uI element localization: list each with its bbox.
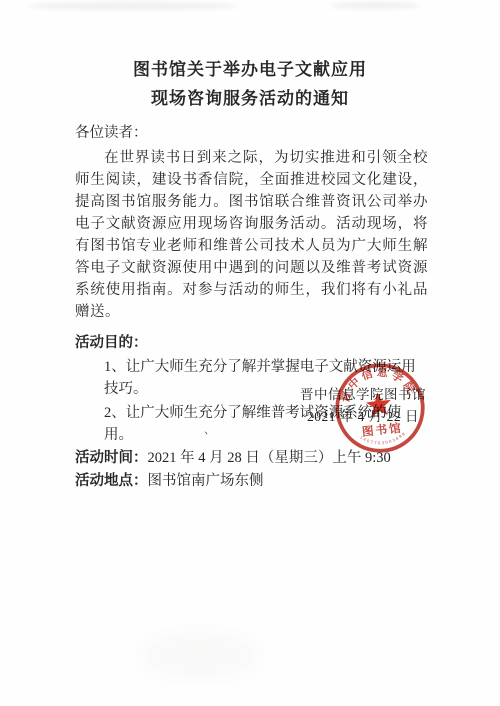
location-line: 活动地点：图书馆南广场东侧 [75,470,428,492]
scan-smudge [140,630,260,680]
body-paragraph: 在世界读书日到来之际，为切实推进和引领全校师生阅读，建设书香信院，全面推进校园文… [75,147,428,323]
official-seal: 晋中信息学院 图书馆 1407763003898 [333,361,427,455]
scan-smudge [330,2,420,9]
scanned-notice-page: 图书馆关于举办电子文献应用 现场咨询服务活动的通知 各位读者： 在世界读书日到来… [0,0,500,706]
location-label: 活动地点： [75,473,148,489]
scan-smudge [28,2,238,10]
title-line-2: 现场咨询服务活动的通知 [0,84,500,113]
purpose-heading: 活动目的： [75,332,428,354]
document-title: 图书馆关于举办电子文献应用 现场咨询服务活动的通知 [0,55,500,113]
seal-center-text: 图书馆 [361,421,403,439]
scan-artifact-mark: 、 [204,421,215,437]
title-line-1: 图书馆关于举办电子文献应用 [0,55,500,84]
schedule-label: 活动时间： [75,450,148,466]
seal-star-icon [365,391,392,417]
location-value: 图书馆南广场东侧 [148,473,264,489]
salutation: 各位读者： [75,122,428,144]
